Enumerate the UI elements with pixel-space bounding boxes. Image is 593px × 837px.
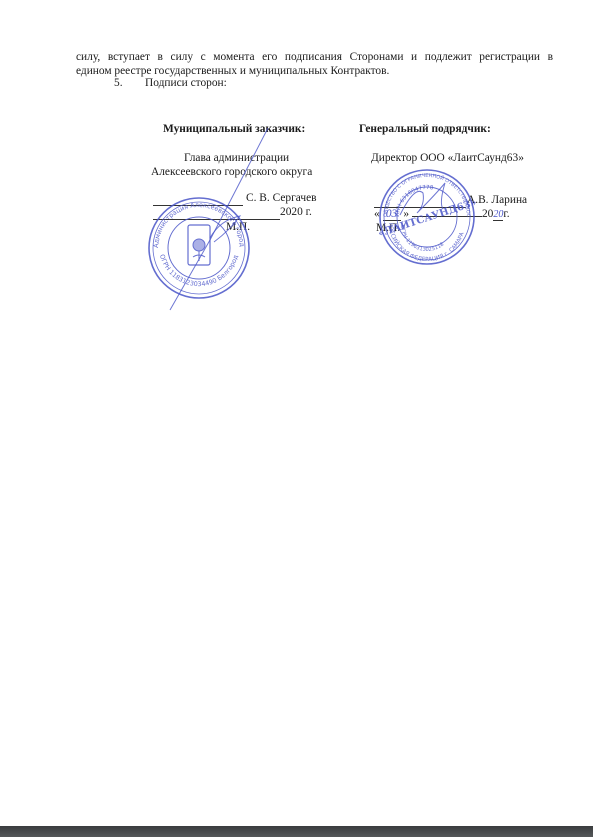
section-number: 5. bbox=[114, 77, 145, 89]
viewer-bottom-bar bbox=[0, 826, 593, 837]
date-year-prefix: 20 bbox=[482, 208, 493, 220]
section-title: Подписи сторон: bbox=[145, 77, 227, 89]
date-suffix: г. bbox=[503, 208, 509, 220]
customer-signature-icon bbox=[150, 120, 290, 320]
date-year-handwritten: 20 bbox=[493, 209, 503, 221]
document-page: силу, вступает в силу с момента его подп… bbox=[0, 0, 593, 826]
paragraph-line-1: силу, вступает в силу с момента его подп… bbox=[76, 50, 553, 64]
section-5: 5.Подписи сторон: bbox=[114, 77, 227, 89]
contractor-heading: Генеральный подрядчик: bbox=[359, 123, 491, 135]
paragraph-line-2: едином реестре государственных и муницип… bbox=[76, 64, 553, 78]
contractor-position: Директор ООО «ЛаитСаунд63» bbox=[371, 152, 524, 164]
contractor-signature-icon bbox=[395, 175, 475, 225]
closing-paragraph: силу, вступает в силу с момента его подп… bbox=[76, 50, 553, 78]
